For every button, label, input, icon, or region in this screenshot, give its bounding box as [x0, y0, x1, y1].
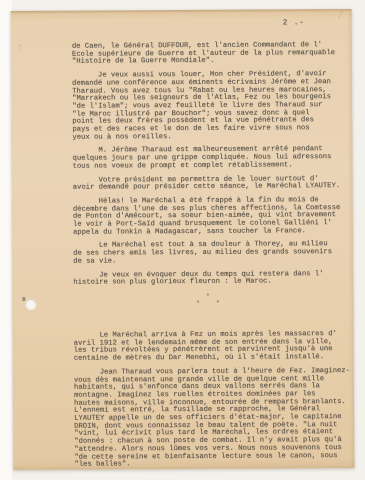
paragraph-thorey: Le Maréchal est tout à sa douleur à Thor…: [73, 241, 351, 266]
scan-background: / 2 .- 7 de Caen, le Général DUFFOUR, es…: [0, 0, 365, 480]
paragraph-president-lyautey: Votre président me permettra de le louer…: [73, 176, 351, 193]
page-number: 2 .-: [283, 19, 305, 27]
punch-hole: [25, 299, 36, 310]
margin-pencil-mark: 7: [18, 43, 22, 52]
corner-pencil-mark: /: [337, 7, 344, 23]
paragraph-helas-comtesse: Hélas! le Maréchal a été frappé à la fin…: [73, 197, 351, 237]
letter-body: de Caen, le Général DUFFOUR, est l'ancie…: [72, 42, 353, 476]
paper-sheet: / 2 .- 7 de Caen, le Général DUFFOUR, es…: [11, 9, 355, 470]
paragraph-jerome-grippe: M. Jérôme Tharaud est malheureusement ar…: [72, 146, 350, 171]
paragraph-arrivee-fez: Le Maréchal arriva à Fez un mois après l…: [74, 331, 352, 364]
section-divider: ° ° °: [63, 292, 353, 309]
divider-bottom-dots: ° °: [196, 300, 221, 307]
ink-speck: [22, 297, 25, 301]
divider-top-dot: °: [206, 293, 211, 300]
paragraph-evoquer-maroc: Je veux en évoquer deux du temps qui res…: [73, 271, 351, 288]
paragraph-caen-duffour: de Caen, le Général DUFFOUR, est l'ancie…: [72, 42, 350, 67]
paragraph-fez-droin: Jean Tharaud vous parlera tout à l'heure…: [74, 368, 353, 470]
paragraph-tharaud-books: Je veux aussi vous louer, Mon cher Prési…: [72, 71, 350, 142]
